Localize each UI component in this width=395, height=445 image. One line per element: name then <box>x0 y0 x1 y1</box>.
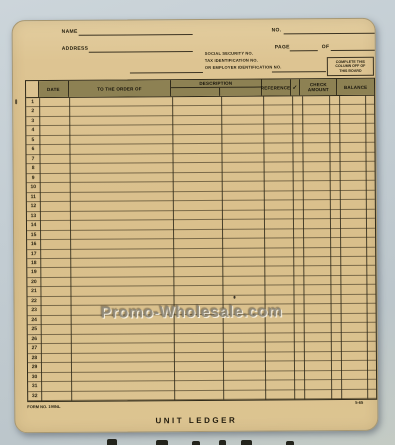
tax-id-block: SOCIAL SECURITY NO. TAX IDENTIFICATION N… <box>205 49 282 71</box>
row-number: 26 <box>28 335 41 344</box>
no-label: NO. <box>272 27 282 33</box>
row-number: 9 <box>27 174 40 183</box>
to-the-order-of-header: TO THE ORDER OF <box>69 80 171 97</box>
row-number: 21 <box>27 287 40 296</box>
row-number: 6 <box>26 145 39 154</box>
table-body: 1234567891011121314151617181920212223242… <box>26 96 376 401</box>
row-number: 3 <box>26 117 39 126</box>
row-number: 28 <box>28 354 41 363</box>
registration-mark <box>15 99 17 104</box>
ledger-table: DATE TO THE ORDER OF DESCRIPTION REFEREN… <box>25 78 377 402</box>
row-number: 16 <box>27 240 40 249</box>
row-number: 2 <box>26 108 39 117</box>
row-number-header <box>26 81 39 97</box>
page-line <box>290 50 318 51</box>
row-number: 14 <box>27 221 40 230</box>
note-line: THIS BOARD <box>339 69 361 74</box>
description-subcolumn-divider <box>171 88 220 96</box>
cropped-caption-fragment <box>219 440 226 445</box>
name-line <box>79 34 193 36</box>
checkmark-header: ✓ <box>290 79 300 95</box>
row-number: 7 <box>27 155 40 164</box>
row-number: 11 <box>27 193 40 202</box>
row-number: 19 <box>27 269 40 278</box>
reference-header: REFERENCE <box>261 79 290 95</box>
row-number: 20 <box>27 278 40 287</box>
address-label: ADDRESS <box>62 46 89 52</box>
description-header: DESCRIPTION <box>171 80 262 97</box>
row-number: 15 <box>27 231 40 240</box>
of-line <box>331 50 375 51</box>
table-row: 32 <box>28 389 376 401</box>
row-number: 13 <box>27 212 40 221</box>
product-photo: NAME NO. ADDRESS PAGE OF SOCIAL SECURITY… <box>0 0 395 445</box>
row-number: 32 <box>28 392 41 401</box>
edition-code: 5-65 <box>355 400 363 405</box>
cropped-caption-fragment <box>156 440 168 445</box>
ink-speck <box>233 296 235 299</box>
row-number: 31 <box>28 382 41 391</box>
of-label: OF <box>322 44 330 50</box>
description-subcolumns <box>171 88 260 97</box>
address-line <box>89 51 193 53</box>
check-amount-label-2: AMOUNT <box>308 87 329 92</box>
form-number: FORM NO. 190NL <box>27 404 60 409</box>
id-line-right <box>272 71 326 72</box>
check-amount-header: CHECK AMOUNT <box>300 79 337 95</box>
row-number: 25 <box>28 325 41 334</box>
row-number: 17 <box>27 250 40 259</box>
no-line <box>284 33 375 35</box>
row-number: 12 <box>27 202 40 211</box>
row-number: 1 <box>26 98 39 107</box>
row-number: 18 <box>27 259 40 268</box>
date-header: DATE <box>39 81 69 97</box>
ledger-sheet: NAME NO. ADDRESS PAGE OF SOCIAL SECURITY… <box>12 18 379 434</box>
ein-label: OR EMPLOYER IDENTIFICATION NO. <box>205 63 282 71</box>
cropped-caption-fragment <box>241 440 252 445</box>
watermark: Promo-Wholesale.com <box>15 303 369 323</box>
row-number: 30 <box>28 373 41 382</box>
complete-column-note: COMPLETE THIS COLUMN OFF OF THIS BOARD <box>327 57 374 76</box>
row-number: 8 <box>27 164 40 173</box>
cropped-caption-fragment <box>192 441 200 445</box>
row-number: 10 <box>27 183 40 192</box>
balance-header: BALANCE <box>337 79 374 95</box>
row-number: 5 <box>26 136 39 145</box>
id-line-left <box>130 72 203 74</box>
cropped-caption-fragment <box>107 439 117 445</box>
row-number: 29 <box>28 363 41 372</box>
row-number: 27 <box>28 344 41 353</box>
row-number: 4 <box>26 126 39 135</box>
name-label: NAME <box>62 29 78 35</box>
ledger-title: UNIT LEDGER <box>15 415 377 427</box>
cropped-caption-fragment <box>286 441 294 445</box>
